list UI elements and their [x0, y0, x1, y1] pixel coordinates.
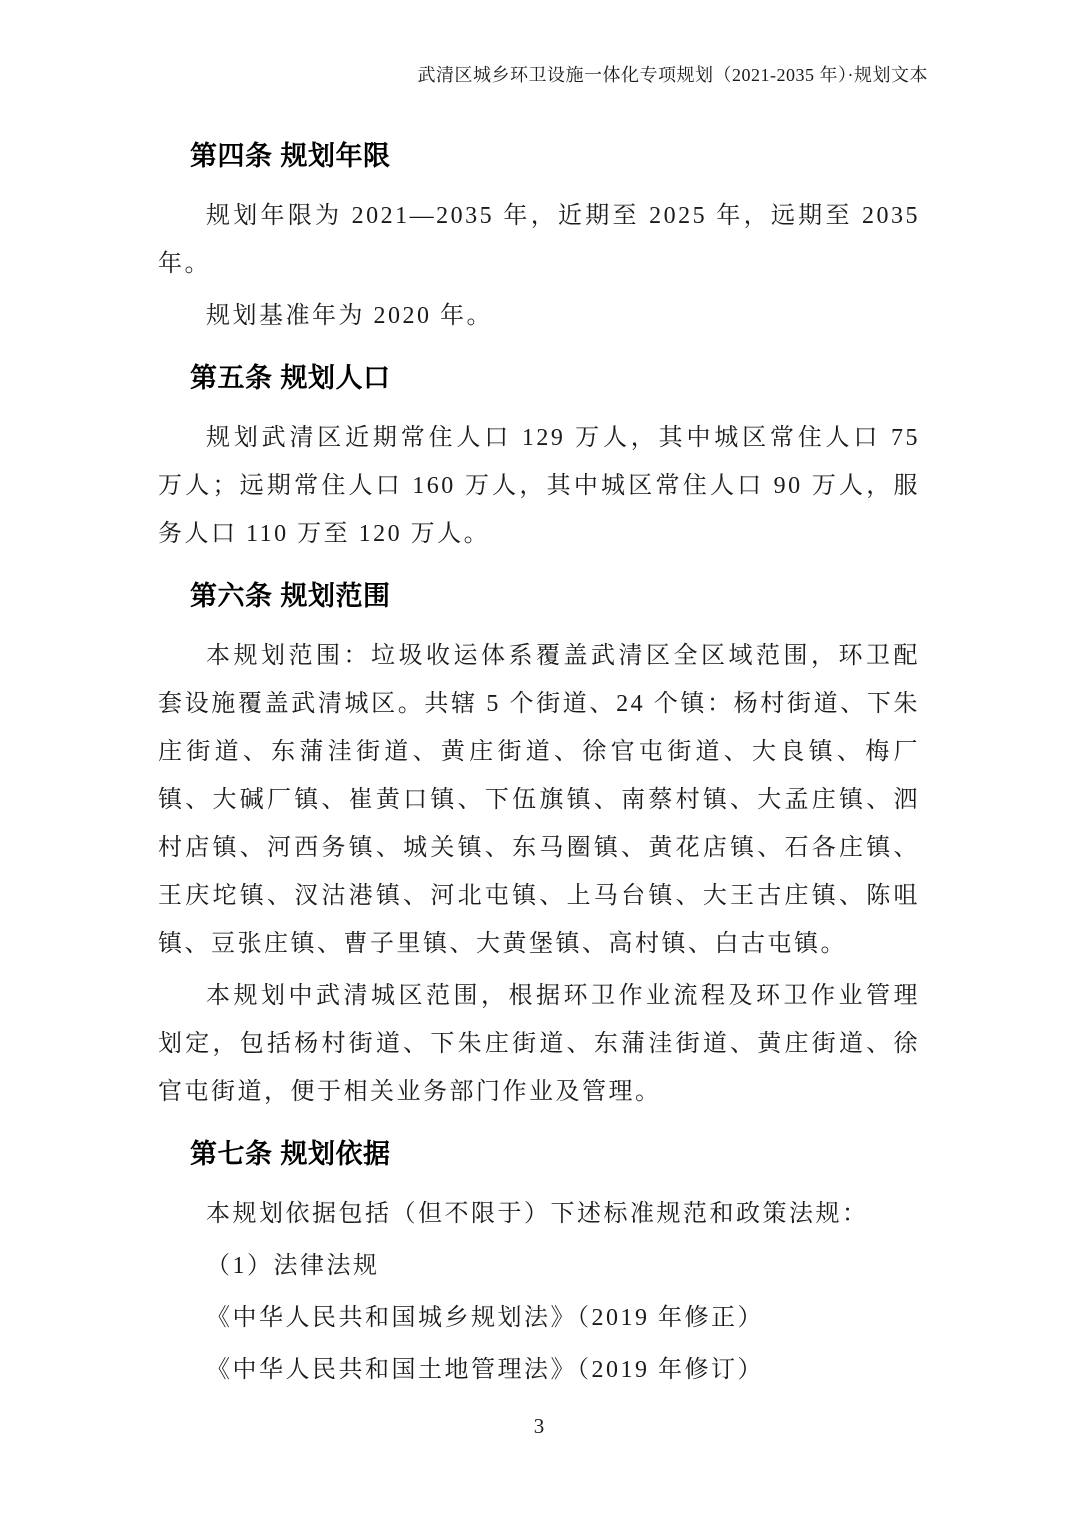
section-article-4: 第四条 规划年限 规划年限为 2021—2035 年，近期至 2025 年，远期…: [158, 132, 920, 340]
article-6-paragraph-2: 本规划中武清城区范围，根据环卫作业流程及环卫作业管理划定，包括杨村街道、下朱庄街…: [158, 972, 920, 1116]
page-number: 3: [158, 1412, 920, 1440]
document-page: 武清区城乡环卫设施一体化专项规划（2021-2035 年）·规划文本 第四条 规…: [0, 0, 1074, 1520]
article-5-paragraph-1: 规划武清区近期常住人口 129 万人，其中城区常住人口 75 万人；远期常住人口…: [158, 414, 920, 558]
article-7-paragraph-4: 《中华人民共和国土地管理法》（2019 年修订）: [158, 1346, 920, 1394]
section-article-5: 第五条 规划人口 规划武清区近期常住人口 129 万人，其中城区常住人口 75 …: [158, 354, 920, 558]
article-6-heading: 第六条 规划范围: [190, 572, 920, 620]
article-7-heading: 第七条 规划依据: [190, 1130, 920, 1178]
running-header: 武清区城乡环卫设施一体化专项规划（2021-2035 年）·规划文本: [158, 63, 928, 87]
article-4-heading: 第四条 规划年限: [190, 132, 920, 180]
article-7-paragraph-2: （1）法律法规: [158, 1242, 920, 1290]
section-article-6: 第六条 规划范围 本规划范围：垃圾收运体系覆盖武清区全区域范围，环卫配套设施覆盖…: [158, 572, 920, 1116]
article-7-paragraph-3: 《中华人民共和国城乡规划法》（2019 年修正）: [158, 1294, 920, 1342]
article-4-paragraph-1: 规划年限为 2021—2035 年，近期至 2025 年，远期至 2035 年。: [158, 192, 920, 288]
section-article-7: 第七条 规划依据 本规划依据包括（但不限于）下述标准规范和政策法规： （1）法律…: [158, 1130, 920, 1394]
document-body: 第四条 规划年限 规划年限为 2021—2035 年，近期至 2025 年，远期…: [158, 132, 920, 1394]
article-5-heading: 第五条 规划人口: [190, 354, 920, 402]
article-4-paragraph-2: 规划基准年为 2020 年。: [158, 292, 920, 340]
article-7-paragraph-1: 本规划依据包括（但不限于）下述标准规范和政策法规：: [158, 1190, 920, 1238]
article-6-paragraph-1: 本规划范围：垃圾收运体系覆盖武清区全区域范围，环卫配套设施覆盖武清城区。共辖 5…: [158, 632, 920, 968]
